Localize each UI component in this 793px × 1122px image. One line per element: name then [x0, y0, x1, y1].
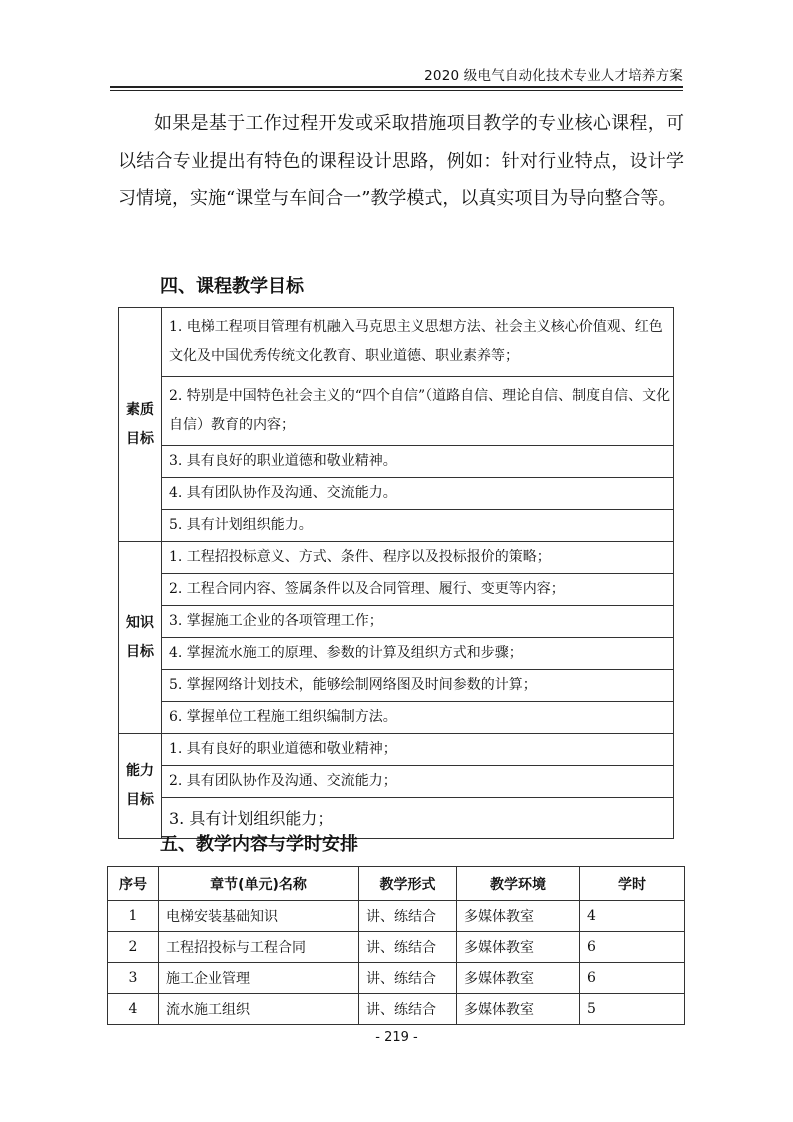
goal-item: 1. 电梯工程项目管理有机融入马克思主义思想方法、社会主义核心价值观、红色文化及… [162, 308, 674, 377]
document-title: 2020 级电气自动化技术专业人才培养方案 [424, 64, 683, 84]
column-header: 学时 [580, 867, 685, 901]
goal-item: 2. 特别是中国特色社会主义的“四个自信”（道路自信、理论自信、制度自信、文化自… [162, 377, 674, 446]
intro-text: 如果是基于工作过程开发或采取措施项目教学的专业核心课程，可以结合专业提出有特色的… [118, 105, 684, 218]
table-row: 2. 具有团队协作及沟通、交流能力； [119, 766, 674, 798]
page-number: - 219 - [0, 1030, 793, 1045]
column-header: 教学形式 [359, 867, 457, 901]
cell-environment: 多媒体教室 [457, 994, 580, 1025]
cell-hours: 5 [580, 994, 685, 1025]
cell-format: 讲、练结合 [359, 994, 457, 1025]
table-row: 能力目标 1. 具有良好的职业道德和敬业精神； [119, 734, 674, 766]
cell-hours: 6 [580, 963, 685, 994]
table-row: 素质目标 1. 电梯工程项目管理有机融入马克思主义思想方法、社会主义核心价值观、… [119, 308, 674, 377]
table-row: 3 施工企业管理 讲、练结合 多媒体教室 6 [108, 963, 685, 994]
table-row: 3. 掌握施工企业的各项管理工作； [119, 606, 674, 638]
goal-item: 3. 掌握施工企业的各项管理工作； [162, 606, 674, 638]
goal-item: 5. 掌握网络计划技术，能够绘制网络图及时间参数的计算； [162, 670, 674, 702]
section-heading-schedule: 五、教学内容与学时安排 [160, 830, 358, 856]
table-row: 4. 掌握流水施工的原理、参数的计算及组织方式和步骤； [119, 638, 674, 670]
group-label-ability: 能力目标 [119, 734, 162, 839]
cell-chapter: 施工企业管理 [159, 963, 359, 994]
cell-environment: 多媒体教室 [457, 963, 580, 994]
section-heading-goals: 四、课程教学目标 [160, 272, 304, 298]
goal-item: 1. 具有良好的职业道德和敬业精神； [162, 734, 674, 766]
column-header: 序号 [108, 867, 159, 901]
table-row: 知识目标 1. 工程招投标意义、方式、条件、程序以及投标报价的策略； [119, 542, 674, 574]
table-row: 2. 工程合同内容、签属条件以及合同管理、履行、变更等内容； [119, 574, 674, 606]
goals-table: 素质目标 1. 电梯工程项目管理有机融入马克思主义思想方法、社会主义核心价值观、… [118, 307, 674, 839]
goal-item: 6. 掌握单位工程施工组织编制方法。 [162, 702, 674, 734]
goal-item: 2. 具有团队协作及沟通、交流能力； [162, 766, 674, 798]
goal-item: 1. 工程招投标意义、方式、条件、程序以及投标报价的策略； [162, 542, 674, 574]
table-row: 5. 具有计划组织能力。 [119, 510, 674, 542]
header-rule [110, 86, 683, 88]
table-row: 1 电梯安装基础知识 讲、练结合 多媒体教室 4 [108, 901, 685, 932]
cell-environment: 多媒体教室 [457, 901, 580, 932]
cell-index: 1 [108, 901, 159, 932]
goal-item: 4. 掌握流水施工的原理、参数的计算及组织方式和步骤； [162, 638, 674, 670]
column-header: 教学环境 [457, 867, 580, 901]
cell-hours: 6 [580, 932, 685, 963]
table-row: 5. 掌握网络计划技术，能够绘制网络图及时间参数的计算； [119, 670, 674, 702]
cell-hours: 4 [580, 901, 685, 932]
goal-item: 5. 具有计划组织能力。 [162, 510, 674, 542]
table-row: 3. 具有良好的职业道德和敬业精神。 [119, 446, 674, 478]
cell-chapter: 电梯安装基础知识 [159, 901, 359, 932]
goal-item: 3. 具有良好的职业道德和敬业精神。 [162, 446, 674, 478]
table-row: 4 流水施工组织 讲、练结合 多媒体教室 5 [108, 994, 685, 1025]
goal-item: 4. 具有团队协作及沟通、交流能力。 [162, 478, 674, 510]
cell-format: 讲、练结合 [359, 932, 457, 963]
cell-index: 4 [108, 994, 159, 1025]
table-row: 4. 具有团队协作及沟通、交流能力。 [119, 478, 674, 510]
table-header-row: 序号 章节(单元)名称 教学形式 教学环境 学时 [108, 867, 685, 901]
cell-format: 讲、练结合 [359, 963, 457, 994]
group-label-quality: 素质目标 [119, 308, 162, 542]
cell-chapter: 流水施工组织 [159, 994, 359, 1025]
table-row: 2. 特别是中国特色社会主义的“四个自信”（道路自信、理论自信、制度自信、文化自… [119, 377, 674, 446]
goal-item: 2. 工程合同内容、签属条件以及合同管理、履行、变更等内容； [162, 574, 674, 606]
cell-chapter: 工程招投标与工程合同 [159, 932, 359, 963]
table-row: 2 工程招投标与工程合同 讲、练结合 多媒体教室 6 [108, 932, 685, 963]
group-label-knowledge: 知识目标 [119, 542, 162, 734]
table-row: 6. 掌握单位工程施工组织编制方法。 [119, 702, 674, 734]
cell-format: 讲、练结合 [359, 901, 457, 932]
column-header: 章节(单元)名称 [159, 867, 359, 901]
cell-index: 3 [108, 963, 159, 994]
page-header: 2020 级电气自动化技术专业人才培养方案 [110, 62, 683, 92]
schedule-table: 序号 章节(单元)名称 教学形式 教学环境 学时 1 电梯安装基础知识 讲、练结… [107, 866, 685, 1025]
cell-index: 2 [108, 932, 159, 963]
intro-paragraph: 如果是基于工作过程开发或采取措施项目教学的专业核心课程，可以结合专业提出有特色的… [118, 105, 684, 218]
header-rule-thin [110, 90, 683, 91]
cell-environment: 多媒体教室 [457, 932, 580, 963]
